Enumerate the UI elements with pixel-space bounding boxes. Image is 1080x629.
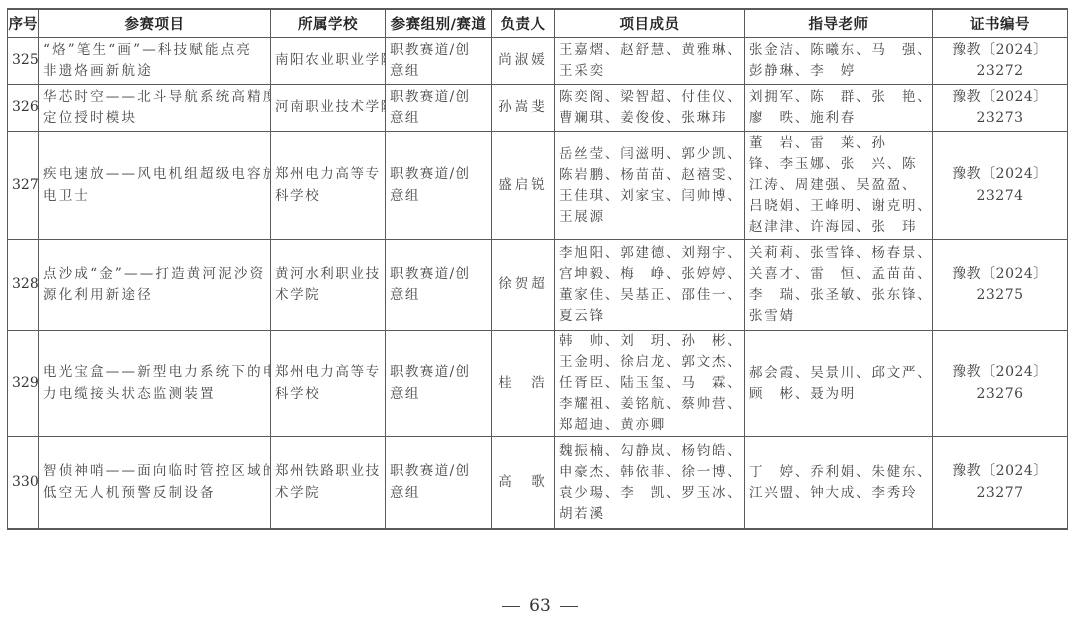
dash-decoration (560, 606, 578, 607)
text-line: 电光宝盒——新型电力系统下的电 (43, 362, 266, 384)
cell-project: 疾电速放——风电机组超级电容放 电卫士 (39, 132, 271, 240)
text-line: 非遗烙画新航途 (43, 61, 266, 83)
cell-school: 郑州电力高等专 科学校 (271, 132, 386, 240)
text-line: 刘拥军、陈 群、张 艳、 (749, 87, 928, 108)
text-line: 南阳农业职业学院 (275, 50, 381, 72)
text-line: 科学校 (275, 384, 381, 406)
header-members: 项目成员 (555, 9, 745, 38)
text-line: 低空无人机预警反制设备 (43, 483, 266, 505)
text-line: “烙”笔生“画”—科技赋能点亮 (43, 40, 266, 62)
table-header-row: 序号 参赛项目 所属学校 参赛组别/赛道 负责人 项目成员 指导老师 证书编号 (8, 9, 1068, 38)
cell-members: 魏振楠、勾静岚、杨钧皓、 申豪杰、韩依菲、徐一博、 袁少瑒、李 凯、罗玉冰、 胡… (555, 437, 745, 530)
cell-advisors: 丁 婷、乔利娟、朱健东、 江兴盟、钟大成、李秀玲 (745, 437, 933, 530)
text-line: 王金明、徐启龙、郭文杰、 (559, 352, 740, 373)
text-line: 江兴盟、钟大成、李秀玲 (749, 483, 928, 504)
text-line: 职教赛道/创 (390, 164, 487, 186)
text-line: 申豪杰、韩依菲、徐一博、 (559, 462, 740, 483)
text-line: 宫坤毅、梅 峥、张婷婷、 (559, 264, 740, 285)
cell-project: “烙”笔生“画”—科技赋能点亮 非遗烙画新航途 (39, 38, 271, 85)
table-row: 326 华芯时空——北斗导航系统高精度 定位授时模块 河南职业技术学院 职教赛道… (8, 85, 1068, 132)
text-line: 王采奕 (559, 61, 740, 82)
cell-leader: 盛启锐 (492, 132, 555, 240)
text-line: 魏振楠、勾静岚、杨钧皓、 (559, 441, 740, 462)
text-line: 意组 (390, 108, 487, 130)
cell-members: 韩 帅、刘 玥、孙 彬、 王金明、徐启龙、郭文杰、 任胥臣、陆玉玺、马 霖、 李… (555, 331, 745, 437)
text-line: 职教赛道/创 (390, 87, 487, 109)
text-line: 意组 (390, 186, 487, 208)
header-advisors: 指导老师 (745, 9, 933, 38)
table-row: 328 点沙成“金”——打造黄河泥沙资 源化利用新途径 黄河水利职业技 术学院 … (8, 240, 1068, 331)
cell-school: 河南职业技术学院 (271, 85, 386, 132)
cell-leader: 高 歌 (492, 437, 555, 530)
text-line: 张雪婧 (749, 306, 928, 327)
text-line: 职教赛道/创 (390, 40, 487, 62)
text-line: 意组 (390, 483, 487, 505)
text-line: 陈岩鹏、杨苗苗、赵禧雯、 (559, 165, 740, 186)
cell-cert: 豫教〔2024〕23276 (933, 331, 1068, 437)
header-cert: 证书编号 (933, 9, 1068, 38)
cell-advisors: 董 岩、雷 莱、孙 锋、李玉娜、张 兴、陈 江涛、周建强、吴盈盈、 吕晓娟、王峰… (745, 132, 933, 240)
text-line: 郑州电力高等专 (275, 362, 381, 384)
header-project: 参赛项目 (39, 9, 271, 38)
text-line: 曹斓琪、姜俊俊、张琳玮 (559, 108, 740, 129)
text-line: 郑超迪、黄亦卿 (559, 415, 740, 436)
cell-no: 325 (8, 38, 39, 85)
text-line: 彭静琳、李 婷 (749, 61, 928, 82)
header-school: 所属学校 (271, 9, 386, 38)
cell-school: 南阳农业职业学院 (271, 38, 386, 85)
cell-cert: 豫教〔2024〕23273 (933, 85, 1068, 132)
header-track: 参赛组别/赛道 (386, 9, 492, 38)
cell-leader: 尚淑媛 (492, 38, 555, 85)
cell-track: 职教赛道/创 意组 (386, 85, 492, 132)
text-line: 智侦神哨——面向临时管控区域的 (43, 461, 266, 483)
text-line: 李 瑞、张圣敏、张东锋、 (749, 285, 928, 306)
table-row: 327 疾电速放——风电机组超级电容放 电卫士 郑州电力高等专 科学校 职教赛道… (8, 132, 1068, 240)
cell-school: 郑州电力高等专 科学校 (271, 331, 386, 437)
text-line: 意组 (390, 384, 487, 406)
cell-cert: 豫教〔2024〕23272 (933, 38, 1068, 85)
cell-members: 王嘉熠、赵舒慧、黄雅琳、 王采奕 (555, 38, 745, 85)
text-line: 江涛、周建强、吴盈盈、 (749, 175, 928, 196)
text-line: 郝会霞、吴景川、邱文严、 (749, 363, 928, 384)
cell-cert: 豫教〔2024〕23275 (933, 240, 1068, 331)
text-line: 吕晓娟、王峰明、谢克明、 (749, 196, 928, 217)
text-line: 董家佳、吴基正、邵佳一、 (559, 285, 740, 306)
text-line: 王展源 (559, 207, 740, 228)
text-line: 疾电速放——风电机组超级电容放 (43, 164, 266, 186)
cell-project: 智侦神哨——面向临时管控区域的 低空无人机预警反制设备 (39, 437, 271, 530)
text-line: 河南职业技术学院 (275, 97, 381, 119)
text-line: 胡若溪 (559, 504, 740, 525)
text-line: 意组 (390, 61, 487, 83)
cell-advisors: 郝会霞、吴景川、邱文严、 顾 彬、聂为明 (745, 331, 933, 437)
text-line: 职教赛道/创 (390, 362, 487, 384)
cell-track: 职教赛道/创 意组 (386, 38, 492, 85)
cell-no: 327 (8, 132, 39, 240)
text-line: 源化利用新途径 (43, 285, 266, 307)
text-line: 黄河水利职业技 (275, 264, 381, 286)
page-number: 63 (529, 596, 551, 616)
cell-project: 电光宝盒——新型电力系统下的电 力电缆接头状态监测装置 (39, 331, 271, 437)
text-line: 赵津津、许海园、张 玮 (749, 217, 928, 238)
cell-track: 职教赛道/创 意组 (386, 240, 492, 331)
text-line: 韩 帅、刘 玥、孙 彬、 (559, 331, 740, 352)
text-line: 郑州电力高等专 (275, 164, 381, 186)
cell-project: 点沙成“金”——打造黄河泥沙资 源化利用新途径 (39, 240, 271, 331)
text-line: 张金洁、陈曦东、马 强、 (749, 40, 928, 61)
table-row: 325 “烙”笔生“画”—科技赋能点亮 非遗烙画新航途 南阳农业职业学院 职教赛… (8, 38, 1068, 85)
cell-cert: 豫教〔2024〕23277 (933, 437, 1068, 530)
cell-no: 330 (8, 437, 39, 530)
table-row: 329 电光宝盒——新型电力系统下的电 力电缆接头状态监测装置 郑州电力高等专 … (8, 331, 1068, 437)
text-line: 意组 (390, 285, 487, 307)
text-line: 丁 婷、乔利娟、朱健东、 (749, 462, 928, 483)
cell-leader: 徐贺超 (492, 240, 555, 331)
text-line: 职教赛道/创 (390, 264, 487, 286)
cell-members: 岳丝莹、闫滋明、郭少凯、 陈岩鹏、杨苗苗、赵禧雯、 王佳琪、刘家宝、闫帅博、 王… (555, 132, 745, 240)
page-footer: 63 (0, 596, 1080, 616)
text-line: 力电缆接头状态监测装置 (43, 384, 266, 406)
text-line: 李耀祖、姜铭航、蔡帅营、 (559, 394, 740, 415)
cell-members: 陈奕阁、梁智超、付佳仪、 曹斓琪、姜俊俊、张琳玮 (555, 85, 745, 132)
text-line: 科学校 (275, 186, 381, 208)
text-line: 王嘉熠、赵舒慧、黄雅琳、 (559, 40, 740, 61)
cell-no: 326 (8, 85, 39, 132)
cell-cert: 豫教〔2024〕23274 (933, 132, 1068, 240)
cell-track: 职教赛道/创 意组 (386, 437, 492, 530)
text-line: 廖 昳、施利春 (749, 108, 928, 129)
cell-leader: 孙嵩斐 (492, 85, 555, 132)
award-table: 序号 参赛项目 所属学校 参赛组别/赛道 负责人 项目成员 指导老师 证书编号 … (7, 8, 1068, 530)
text-line: 岳丝莹、闫滋明、郭少凯、 (559, 144, 740, 165)
cell-school: 郑州铁路职业技 术学院 (271, 437, 386, 530)
text-line: 陈奕阁、梁智超、付佳仪、 (559, 87, 740, 108)
header-leader: 负责人 (492, 9, 555, 38)
text-line: 职教赛道/创 (390, 461, 487, 483)
text-line: 华芯时空——北斗导航系统高精度 (43, 87, 266, 109)
cell-school: 黄河水利职业技 术学院 (271, 240, 386, 331)
text-line: 王佳琪、刘家宝、闫帅博、 (559, 186, 740, 207)
text-line: 顾 彬、聂为明 (749, 384, 928, 405)
text-line: 夏云锋 (559, 306, 740, 327)
cell-track: 职教赛道/创 意组 (386, 331, 492, 437)
text-line: 术学院 (275, 483, 381, 505)
text-line: 任胥臣、陆玉玺、马 霖、 (559, 373, 740, 394)
cell-project: 华芯时空——北斗导航系统高精度 定位授时模块 (39, 85, 271, 132)
text-line: 定位授时模块 (43, 108, 266, 130)
text-line: 关喜才、雷 恒、孟苗苗、 (749, 264, 928, 285)
text-line: 董 岩、雷 莱、孙 (749, 133, 928, 154)
text-line: 李旭阳、郭建德、刘翔宇、 (559, 243, 740, 264)
cell-track: 职教赛道/创 意组 (386, 132, 492, 240)
table-row: 330 智侦神哨——面向临时管控区域的 低空无人机预警反制设备 郑州铁路职业技 … (8, 437, 1068, 530)
text-line: 锋、李玉娜、张 兴、陈 (749, 154, 928, 175)
text-line: 郑州铁路职业技 (275, 461, 381, 483)
cell-leader: 桂 浩 (492, 331, 555, 437)
cell-no: 328 (8, 240, 39, 331)
text-line: 关莉莉、张雪锋、杨春景、 (749, 243, 928, 264)
cell-advisors: 关莉莉、张雪锋、杨春景、 关喜才、雷 恒、孟苗苗、 李 瑞、张圣敏、张东锋、 张… (745, 240, 933, 331)
text-line: 袁少瑒、李 凯、罗玉冰、 (559, 483, 740, 504)
cell-no: 329 (8, 331, 39, 437)
text-line: 点沙成“金”——打造黄河泥沙资 (43, 264, 266, 286)
dash-decoration (502, 606, 520, 607)
cell-advisors: 刘拥军、陈 群、张 艳、 廖 昳、施利春 (745, 85, 933, 132)
header-no: 序号 (8, 9, 39, 38)
cell-members: 李旭阳、郭建德、刘翔宇、 宫坤毅、梅 峥、张婷婷、 董家佳、吴基正、邵佳一、 夏… (555, 240, 745, 331)
text-line: 电卫士 (43, 186, 266, 208)
text-line: 术学院 (275, 285, 381, 307)
cell-advisors: 张金洁、陈曦东、马 强、 彭静琳、李 婷 (745, 38, 933, 85)
